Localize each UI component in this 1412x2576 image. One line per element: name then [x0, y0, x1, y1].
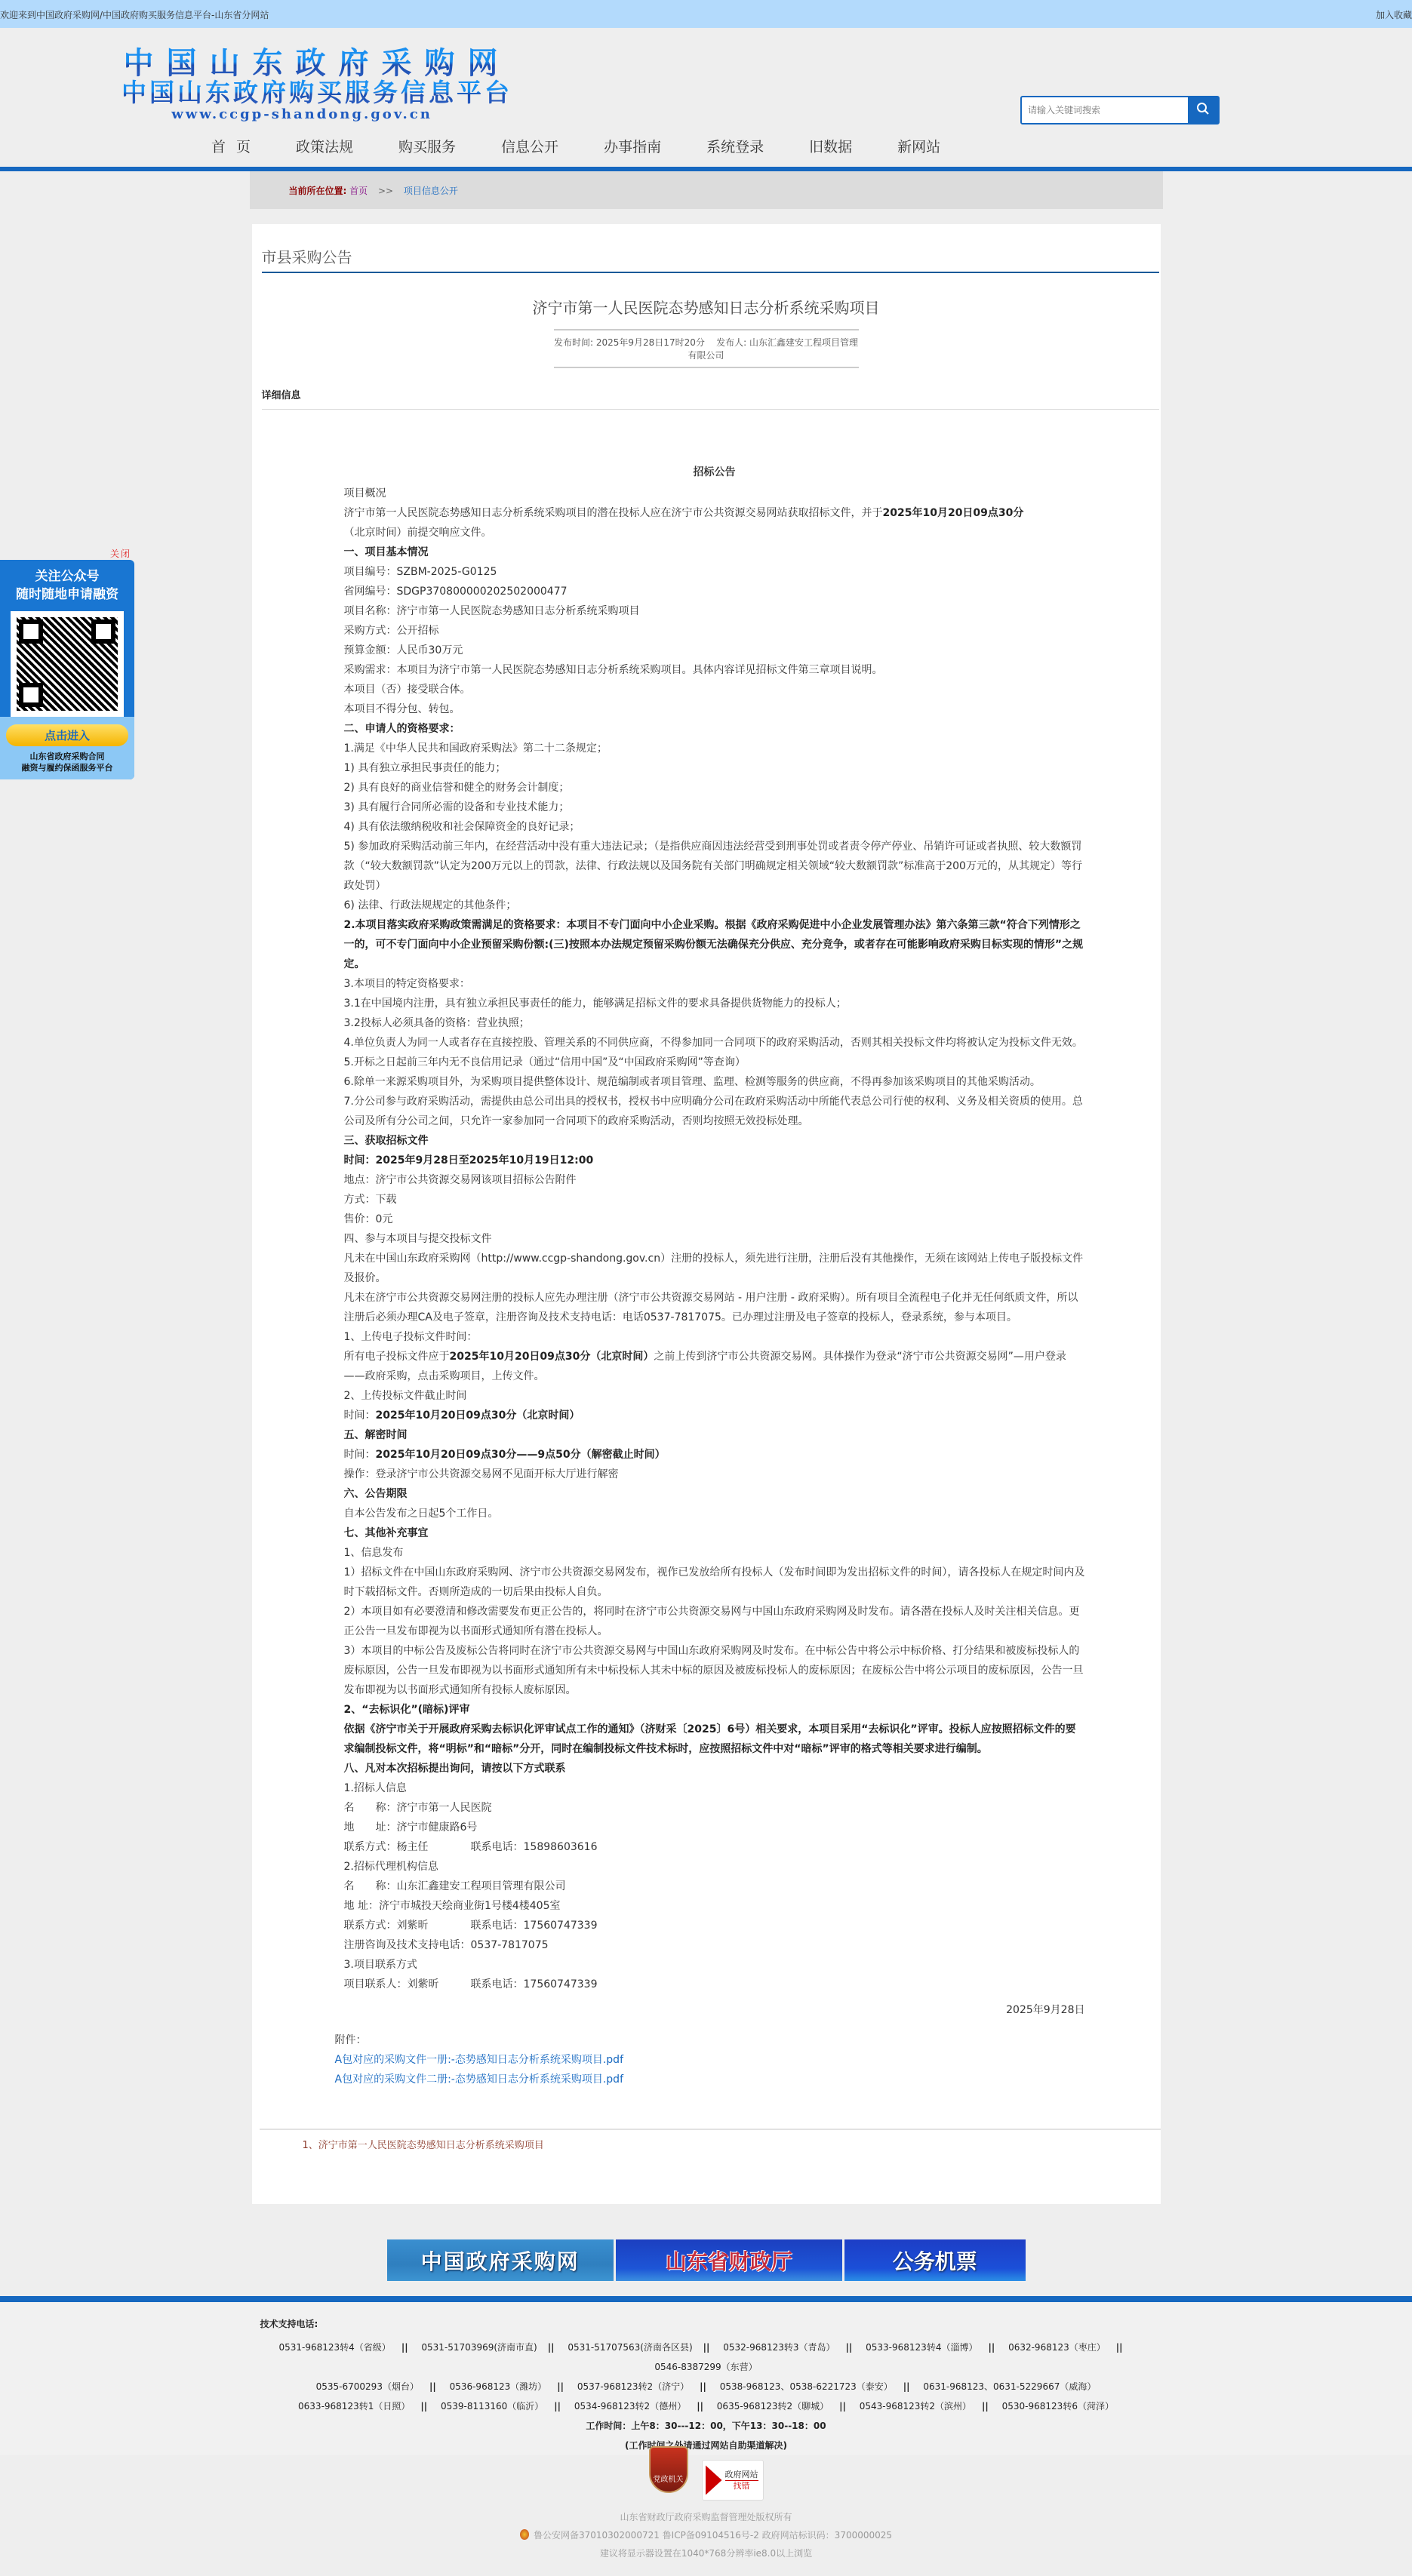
browser-tip: 建议将显示器设置在1040*768分辨率ie8.0以上浏览 — [0, 2544, 1412, 2562]
ad-title: 关注公众号 — [0, 567, 134, 586]
text: 3.1在中国境内注册，具有独立承担民事责任的能力，能够满足招标文件的要求具备提供… — [344, 994, 1085, 1013]
project-number: 项目编号：SZBM-2025-G0125 — [344, 562, 1085, 582]
support-row: 0535-6700293（烟台）|| 0536-968123（潍坊）|| 053… — [250, 2377, 1163, 2396]
text: 时间：2025年10月20日09点30分——9点50分（解密截止时间） — [344, 1445, 1085, 1465]
text: 3）本项目的中标公告及废标公告将同时在济宁市公共资源交易网与中国山东政府采购网及… — [344, 1641, 1085, 1700]
nav-new-site[interactable]: 新网站 — [897, 136, 940, 156]
partner-banners: 中国政府采购网 山东省财政厅 公务机票 — [387, 2239, 1026, 2281]
site-logo[interactable]: 中国山东政府采购网 中国山东政府购买服务信息平台 www.ccgp-shando… — [121, 46, 513, 123]
overview-paragraph: 济宁市第一人民医院态势感知日志分析系统采购项目的潜在投标人应在济宁市公共资源交易… — [344, 503, 1085, 543]
text: 5) 参加政府采购活动前三年内，在经营活动中没有重大违法记录；（是指供应商因违法… — [344, 837, 1085, 896]
text: 1、信息发布 — [344, 1543, 1085, 1563]
text: 3) 具有履行合同所必需的设备和专业技术能力； — [344, 798, 1085, 817]
breadcrumb-home[interactable]: 首页 — [349, 186, 368, 196]
section-heading: 三、获取招标文件 — [344, 1135, 429, 1147]
section-heading: 四、参与本项目与提交投标文件 — [344, 1229, 1085, 1249]
page-title: 济宁市第一人民医院态势感知日志分析系统采购项目 — [252, 296, 1161, 318]
text: 所有电子投标文件应于2025年10月20日09点30分（北京时间）之前上传到济宁… — [344, 1347, 1085, 1386]
after-hours-note: (工作时间之外请通过网站自助渠道解决) — [250, 2436, 1163, 2455]
logo-line-1: 中国山东政府采购网 — [121, 46, 513, 81]
notice-heading: 招标公告 — [344, 463, 1085, 482]
nav-home[interactable]: 首页 — [211, 136, 261, 156]
attachments-label: 附件： — [335, 2030, 1161, 2050]
add-favorite-link[interactable]: 加入收藏 — [1376, 8, 1412, 21]
breadcrumb-label: 当前所在位置: — [289, 186, 347, 196]
magnifier-icon — [706, 2465, 722, 2495]
text: 5.开标之日起前三年内无不良信用记录（通过“信用中国”及“中国政府采购网”等查询… — [344, 1053, 1085, 1072]
publish-meta: 发布时间: 2025年9月28日17时20分 发布人: 山东汇鑫建安工程项目管理… — [554, 329, 859, 368]
section-heading: 二、申请人的资格要求： — [344, 723, 460, 735]
search-input[interactable] — [1022, 97, 1188, 123]
report-error-badge[interactable]: 政府网站找错 — [702, 2460, 764, 2501]
qr-code-icon — [17, 617, 118, 711]
enter-button[interactable]: 点击进入 — [6, 724, 128, 746]
text: 4) 具有依法缴纳税收和社会保障资金的良好记录； — [344, 817, 1085, 837]
text: 项目概况 — [344, 484, 1085, 503]
text: 本项目不得分包、转包。 — [344, 699, 1085, 719]
text: 名 称：山东汇鑫建安工程项目管理有限公司 — [344, 1877, 1085, 1896]
text: 凡未在中国山东政府采购网（http://www.ccgp-shandong.go… — [344, 1249, 1085, 1288]
text: 售价：0元 — [344, 1210, 1085, 1229]
text: 1.招标人信息 — [344, 1778, 1085, 1798]
requirement: 采购需求：本项目为济宁市第一人民医院态势感知日志分析系统采购项目。具体内容详见招… — [344, 660, 1085, 680]
breadcrumb-separator: >> — [378, 186, 393, 196]
banner-official-tickets[interactable]: 公务机票 — [844, 2239, 1025, 2281]
main-nav: 首页 政策法规 购买服务 信息公开 办事指南 系统登录 旧数据 新网站 — [0, 127, 1412, 167]
publisher: 山东汇鑫建安工程项目管理有限公司 — [688, 337, 858, 361]
publish-time-label: 发布时间: — [554, 337, 593, 348]
breadcrumb-current[interactable]: 项目信息公开 — [404, 186, 458, 196]
copyright: 山东省财政厅政府采购监督管理处版权所有 — [0, 2508, 1412, 2526]
banner-finance-dept[interactable]: 山东省财政厅 — [616, 2239, 842, 2281]
support-row: 0531-968123转4（省级）|| 0531-51703969(济南市直)|… — [250, 2338, 1163, 2357]
nav-old-data[interactable]: 旧数据 — [809, 136, 852, 156]
nav-guide[interactable]: 办事指南 — [604, 136, 661, 156]
police-emblem-icon — [520, 2529, 529, 2540]
close-ad-button[interactable]: 关闭 — [0, 547, 134, 560]
ad-platform-name: 山东省政府采购合同 — [6, 751, 128, 762]
work-time: 工作时间：上午8：30---12：00，下午13：30--18：00 — [250, 2416, 1163, 2436]
logo-url: www.ccgp-shandong.gov.cn — [91, 106, 513, 123]
banner-ccgp[interactable]: 中国政府采购网 — [387, 2239, 614, 2281]
text: 4.单位负责人为同一人或者存在直接控股、管理关系的不同供应商，不得参加同一合同项… — [344, 1033, 1085, 1053]
main-content: 市县采购公告 济宁市第一人民医院态势感知日志分析系统采购项目 发布时间: 202… — [252, 224, 1161, 2204]
purchase-method: 采购方式：公开招标 — [344, 621, 1085, 641]
text: 名 称：济宁市第一人民医院 — [344, 1798, 1085, 1818]
text: 2、“去标识化”(暗标)评审 — [344, 1704, 470, 1716]
detail-heading: 详细信息 — [262, 387, 1159, 410]
attachment-link[interactable]: A包对应的采购文件二册:-态势感知日志分析系统采购项目.pdf — [335, 2070, 1161, 2089]
text: 地点：济宁市公共资源交易网该项目招标公告附件 — [344, 1170, 1085, 1190]
text: 项目联系人：刘紫昕 联系电话：17560747339 — [344, 1975, 1085, 1994]
attachments: 附件： A包对应的采购文件一册:-态势感知日志分析系统采购项目.pdf A包对应… — [252, 2020, 1161, 2089]
top-strip: 欢迎来到中国政府采购网/中国政府购买服务信息平台-山东省分网站 加入收藏 — [0, 0, 1412, 28]
text: 凡未在济宁市公共资源交易网注册的投标人应先办理注册（济宁市公共资源交易网站 - … — [344, 1288, 1085, 1327]
nav-policy[interactable]: 政策法规 — [296, 136, 353, 156]
footer-bottom: 党政机关 政府网站找错 山东省财政厅政府采购监督管理处版权所有 鲁公安网备370… — [0, 2455, 1412, 2576]
notice-date: 2025年9月28日 — [344, 2000, 1085, 2020]
text: 地 址：济宁市城投天绘商业街1号楼4楼405室 — [344, 1896, 1085, 1916]
text: 本项目（否）接受联合体。 — [344, 680, 1085, 699]
section-heading: 六、公告期限 — [344, 1488, 408, 1500]
support-row: 0546-8387299（东营） — [250, 2357, 1163, 2377]
text: 6.除单一来源采购项目外，为采购项目提供整体设计、规范编制或者项目管理、监理、检… — [344, 1072, 1085, 1092]
qr-code — [11, 611, 124, 717]
search-box — [1020, 96, 1220, 124]
text: 3.项目联系方式 — [344, 1955, 1085, 1975]
publish-time: 2025年9月28日17时20分 — [596, 337, 705, 348]
province-number: 省网编号：SDGP370800000202502000477 — [344, 582, 1085, 601]
floating-ad: 关闭 关注公众号 随时随地申请融资 点击进入 山东省政府采购合同 融资与履约保函… — [0, 547, 134, 779]
text: 1.满足《中华人民共和国政府采购法》第二十二条规定； — [344, 739, 1085, 758]
support-row: 0633-968123转1（日照）|| 0539-8113160（临沂）|| 0… — [250, 2396, 1163, 2416]
text: 方式：下载 — [344, 1190, 1085, 1210]
attachment-link[interactable]: A包对应的采购文件一册:-态势感知日志分析系统采购项目.pdf — [335, 2050, 1161, 2070]
support-title: 技术支持电话: — [250, 2317, 1163, 2330]
nav-purchase-service[interactable]: 购买服务 — [398, 136, 456, 156]
support-phones: 技术支持电话: 0531-968123转4（省级）|| 0531-5170396… — [250, 2317, 1163, 2455]
text: 时间：2025年10月20日09点30分（北京时间） — [344, 1406, 1085, 1425]
text: 3.2投标人必须具备的资格：营业执照； — [344, 1013, 1085, 1033]
text: 1) 具有独立承担民事责任的能力； — [344, 758, 1085, 778]
ad-platform-desc: 融资与履约保函服务平台 — [6, 762, 128, 773]
footer-divider — [0, 2296, 1412, 2302]
nav-system-login[interactable]: 系统登录 — [706, 136, 764, 156]
text: 地 址：济宁市健康路6号 — [344, 1818, 1085, 1837]
logo-line-2: 中国山东政府购买服务信息平台 — [121, 79, 513, 106]
text: 2）本项目如有必要澄清和修改需要发布更正公告的，将同时在济宁市公共资源交易网与中… — [344, 1602, 1085, 1641]
text: 自本公告发布之日起5个工作日。 — [344, 1504, 1085, 1523]
text: 联系方式：刘紫昕 联系电话：17560747339 — [344, 1916, 1085, 1935]
budget: 预算金额：人民币30万元 — [344, 641, 1085, 660]
nav-info-disclosure[interactable]: 信息公开 — [501, 136, 558, 156]
footer: 技术支持电话: 0531-968123转4（省级）|| 0531-5170396… — [0, 2302, 1412, 2455]
project-name: 项目名称：济宁市第一人民医院态势感知日志分析系统采购项目 — [344, 601, 1085, 621]
section-heading: 七、其他补充事宜 — [344, 1527, 429, 1539]
search-icon — [1196, 102, 1210, 118]
text: 联系方式：杨主任 联系电话：15898603616 — [344, 1837, 1085, 1857]
related-item[interactable]: 1、济宁市第一人民医院态势感知日志分析系统采购项目 — [303, 2140, 544, 2151]
breadcrumb: 当前所在位置: 首页 >> 项目信息公开 — [250, 171, 1163, 209]
search-button[interactable] — [1188, 97, 1218, 123]
section-title: 市县采购公告 — [262, 245, 1159, 273]
text: 1）招标文件在中国山东政府采购网、济宁市公共资源交易网发布，视作已发放给所有投标… — [344, 1563, 1085, 1602]
text: 2.本项目落实政府采购政策需满足的资格要求：本项目不专门面向中小企业采购。根据《… — [344, 919, 1084, 970]
section-heading: 五、解密时间 — [344, 1429, 408, 1441]
section-heading: 八、凡对本次招标提出询问，请按以下方式联系 — [344, 1763, 566, 1775]
text: 操作：登录济宁市公共资源交易网不见面开标大厅进行解密 — [344, 1465, 1085, 1484]
text: 7.分公司参与政府采购活动，需提供由总公司出具的授权书，授权书中应明确分公司在政… — [344, 1092, 1085, 1131]
text: 2) 具有良好的商业信誉和健全的财务会计制度； — [344, 778, 1085, 798]
notice-body: 招标公告 项目概况 济宁市第一人民医院态势感知日志分析系统采购项目的潜在投标人应… — [252, 410, 1161, 2020]
text: 注册咨询及技术支持电话：0537-7817075 — [344, 1935, 1085, 1955]
record-info: 鲁公安网备37010302000721 鲁ICP备09104516号-2 政府网… — [0, 2526, 1412, 2544]
text: 2、上传投标文件截止时间 — [344, 1386, 1085, 1406]
party-government-badge[interactable]: 党政机关 — [649, 2446, 688, 2493]
text: 3.本项目的特定资格要求： — [344, 974, 1085, 994]
related-list: 1、济宁市第一人民医院态势感知日志分析系统采购项目 — [260, 2129, 1161, 2204]
ad-subtitle: 随时随地申请融资 — [0, 586, 134, 604]
text: 时间：2025年9月28日至2025年10月19日12:00 — [344, 1154, 594, 1167]
welcome-text: 欢迎来到中国政府采购网/中国政府购买服务信息平台-山东省分网站 — [0, 8, 269, 21]
text: 6) 法律、行政法规规定的其他条件； — [344, 896, 1085, 915]
site-header: 中国山东政府采购网 中国山东政府购买服务信息平台 www.ccgp-shando… — [0, 28, 1412, 127]
text: 2.招标代理机构信息 — [344, 1857, 1085, 1877]
text: 依据《济宁市关于开展政府采购去标识化评审试点工作的通知》（济财采〔2025〕6号… — [344, 1723, 1076, 1755]
text: 1、上传电子投标文件时间： — [344, 1327, 1085, 1347]
publisher-label: 发布人: — [716, 337, 746, 348]
section-heading: 一、项目基本情况 — [344, 546, 429, 558]
